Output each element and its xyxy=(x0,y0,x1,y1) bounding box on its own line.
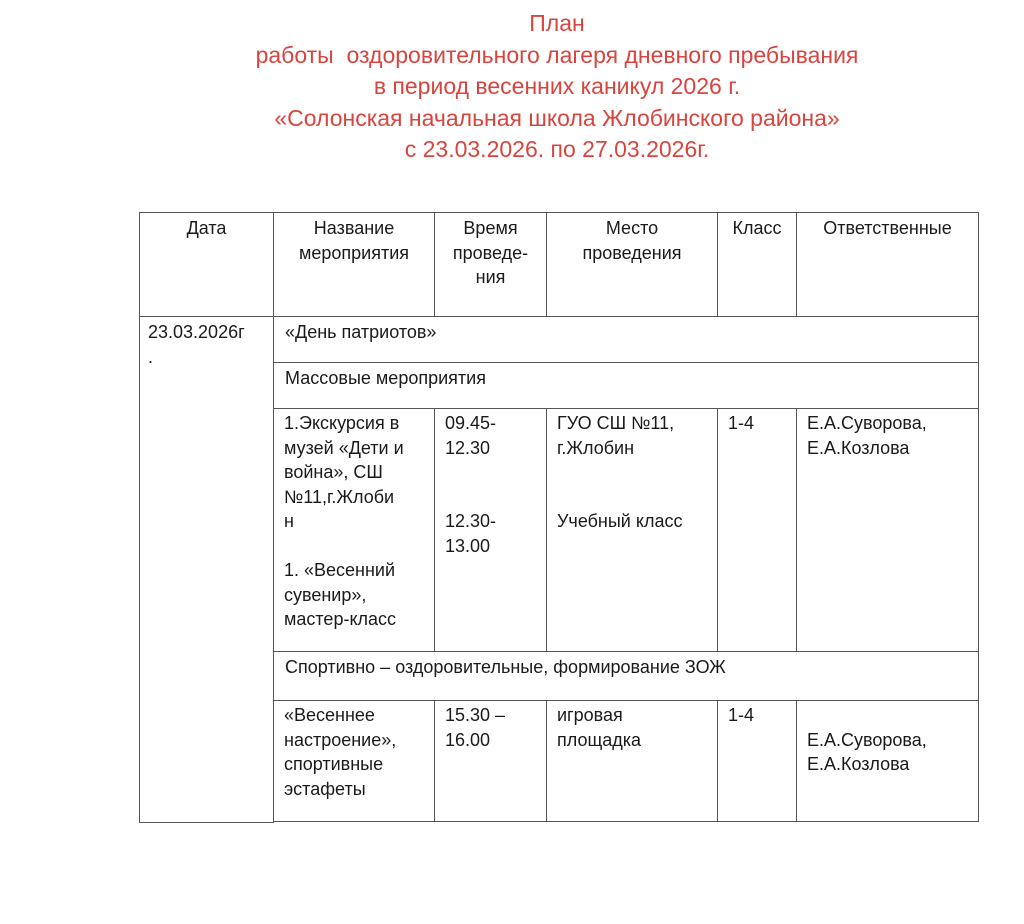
event-name-text: эстафеты xyxy=(284,777,425,802)
event-name-text: 1. «Весенний xyxy=(284,558,425,583)
spacer xyxy=(557,460,708,485)
event-place-text: ГУО СШ №11, xyxy=(557,411,708,436)
header-class: Класс xyxy=(718,213,797,317)
event-name-text: н xyxy=(284,509,425,534)
header-place: Место проведения xyxy=(547,213,718,317)
header-text: проведения xyxy=(551,241,713,266)
event-class-cell: 1-4 xyxy=(718,701,797,822)
event-time-cell: 15.30 – 16.00 xyxy=(435,701,547,822)
spacer xyxy=(557,485,708,510)
event-time-text: 16.00 xyxy=(445,728,537,753)
responsible-text: Е.А.Суворова, xyxy=(807,728,969,753)
header-text: Название xyxy=(278,216,430,241)
document-title: План работы оздоровительного лагеря днев… xyxy=(0,8,1024,166)
responsible-text: Е.А.Суворова, xyxy=(807,411,969,436)
event-place-text: Учебный класс xyxy=(557,509,708,534)
header-text: Ответственные xyxy=(801,216,974,241)
filler-cell xyxy=(274,822,979,823)
spacer xyxy=(807,703,969,728)
header-text: Место xyxy=(551,216,713,241)
spacer xyxy=(284,534,425,559)
title-line: «Солонская начальная школа Жлобинского р… xyxy=(0,103,1024,135)
event-name-cell: «Весеннее настроение», спортивные эстафе… xyxy=(274,701,435,822)
title-line: с 23.03.2026. по 27.03.2026г. xyxy=(0,134,1024,166)
title-line: в период весенних каникул 2026 г. xyxy=(0,71,1024,103)
event-name-text: мастер-класс xyxy=(284,607,425,632)
header-responsible: Ответственные xyxy=(797,213,979,317)
event-time-text: 13.00 xyxy=(445,534,537,559)
title-line: План xyxy=(0,8,1024,40)
header-text: Дата xyxy=(144,216,269,241)
header-text: мероприятия xyxy=(278,241,430,266)
table-row: 23.03.2026г . «День патриотов» xyxy=(140,317,979,363)
day-theme: «День патриотов» xyxy=(274,317,979,363)
event-place-cell: ГУО СШ №11, г.Жлобин Учебный класс xyxy=(547,409,718,652)
event-name-text: сувенир», xyxy=(284,583,425,608)
event-name-cell: 1.Экскурсия в музей «Дети и война», СШ №… xyxy=(274,409,435,652)
event-name-text: спортивные xyxy=(284,752,425,777)
table-header-row: Дата Название мероприятия Время проведе-… xyxy=(140,213,979,317)
event-name-text: «Весеннее xyxy=(284,703,425,728)
title-line: работы оздоровительного лагеря дневного … xyxy=(0,40,1024,72)
event-responsible-cell: Е.А.Суворова, Е.А.Козлова xyxy=(797,409,979,652)
header-text: Время xyxy=(439,216,542,241)
event-place-text: игровая xyxy=(557,703,708,728)
event-class-cell: 1-4 xyxy=(718,409,797,652)
header-date: Дата xyxy=(140,213,274,317)
event-responsible-cell: Е.А.Суворова, Е.А.Козлова xyxy=(797,701,979,822)
spacer xyxy=(445,460,537,485)
header-time: Время проведе- ния xyxy=(435,213,547,317)
responsible-text: Е.А.Козлова xyxy=(807,436,969,461)
event-name-text: война», СШ xyxy=(284,460,425,485)
event-place-text: площадка xyxy=(557,728,708,753)
date-cell: 23.03.2026г . xyxy=(140,317,274,823)
schedule-table: Дата Название мероприятия Время проведе-… xyxy=(139,212,979,823)
event-time-text: 09.45- xyxy=(445,411,537,436)
header-text: проведе- xyxy=(439,241,542,266)
section-title: Спортивно – оздоровительные, формировани… xyxy=(274,652,979,701)
section-title: Массовые мероприятия xyxy=(274,363,979,409)
event-time-text: 15.30 – xyxy=(445,703,537,728)
event-time-text: 12.30 xyxy=(445,436,537,461)
date-text: 23.03.2026г xyxy=(148,320,264,345)
header-text: Класс xyxy=(722,216,792,241)
header-text: ния xyxy=(439,265,542,290)
event-name-text: 1.Экскурсия в xyxy=(284,411,425,436)
spacer xyxy=(445,485,537,510)
event-name-text: настроение», xyxy=(284,728,425,753)
event-time-cell: 09.45- 12.30 12.30- 13.00 xyxy=(435,409,547,652)
event-place-text: г.Жлобин xyxy=(557,436,708,461)
header-event-name: Название мероприятия xyxy=(274,213,435,317)
event-name-text: музей «Дети и xyxy=(284,436,425,461)
responsible-text: Е.А.Козлова xyxy=(807,752,969,777)
event-time-text: 12.30- xyxy=(445,509,537,534)
event-place-cell: игровая площадка xyxy=(547,701,718,822)
event-name-text: №11,г.Жлоби xyxy=(284,485,425,510)
date-text: . xyxy=(148,345,264,370)
